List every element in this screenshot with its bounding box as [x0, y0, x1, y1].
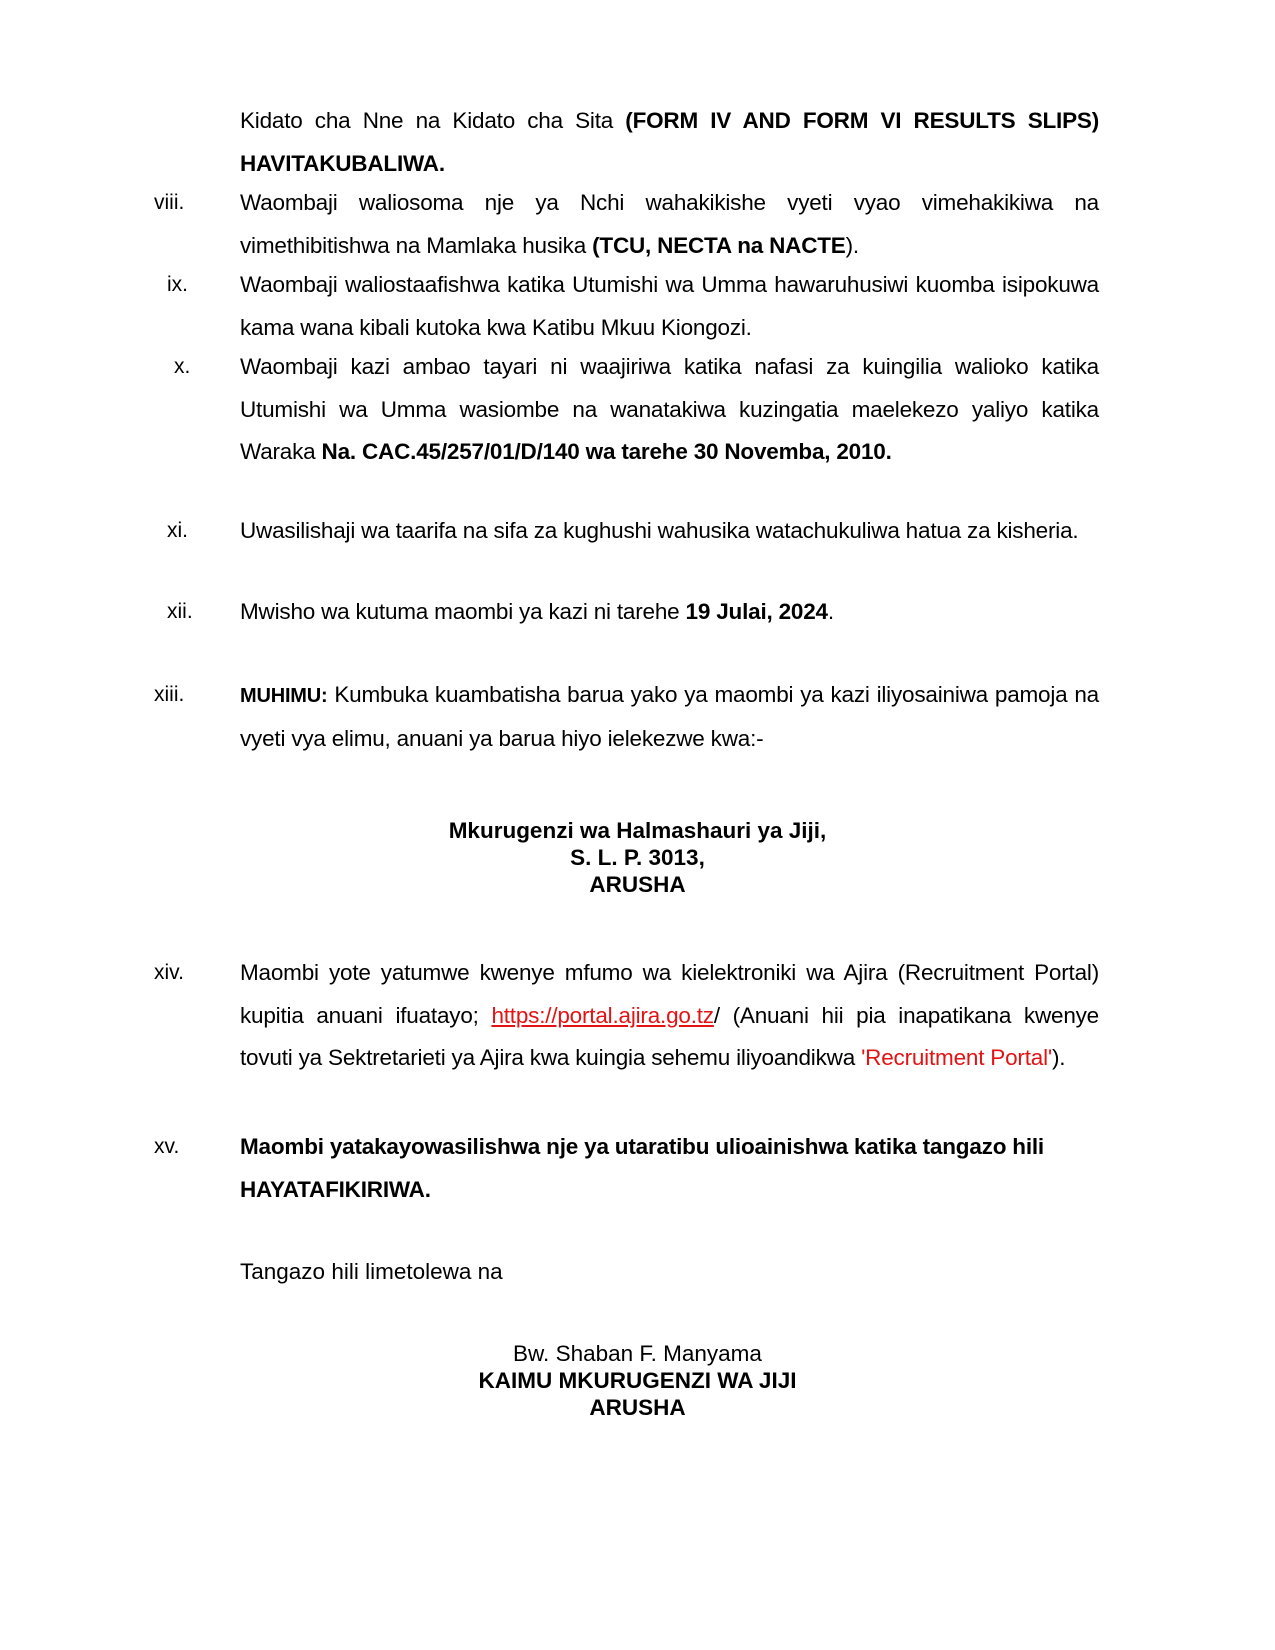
item-numeral: xii. — [167, 591, 193, 633]
address-line-3: ARUSHA — [0, 871, 1275, 898]
important-label: MUHIMU: — [240, 685, 327, 707]
item-numeral: xv. — [154, 1126, 179, 1168]
signatory-title: KAIMU MKURUGENZI WA JIJI — [0, 1367, 1275, 1394]
recruitment-portal-label: 'Recruitment Portal' — [861, 1045, 1052, 1070]
list-item-ix: Waombaji waliostaafishwa katika Utumishi… — [240, 264, 1099, 349]
ajira-portal-link[interactable]: https://portal.ajira.go.tz — [491, 1003, 713, 1028]
continuation-paragraph: Kidato cha Nne na Kidato cha Sita (FORM … — [240, 100, 1099, 185]
list-item-xii: Mwisho wa kutuma maombi ya kazi ni tareh… — [240, 591, 1099, 634]
item-numeral: ix. — [167, 264, 188, 306]
item-numeral: xiv. — [154, 952, 184, 994]
document-page: Kidato cha Nne na Kidato cha Sita (FORM … — [0, 0, 1275, 1650]
address-line-1: Mkurugenzi wa Halmashauri ya Jiji, — [0, 817, 1275, 844]
list-item-xv: Maombi yatakayowasilishwa nje ya utarati… — [240, 1126, 1099, 1211]
list-item-viii: Waombaji waliosoma nje ya Nchi wahakikis… — [240, 182, 1099, 267]
list-item-xi: Uwasilishaji wa taarifa na sifa za kughu… — [240, 510, 1099, 553]
address-line-2: S. L. P. 3013, — [0, 844, 1275, 871]
item-numeral: xiii. — [154, 674, 184, 716]
list-item-xiv: Maombi yote yatumwe kwenye mfumo wa kiel… — [240, 952, 1099, 1080]
signatory-city: ARUSHA — [0, 1394, 1275, 1421]
item-numeral: xi. — [167, 510, 188, 552]
item-numeral: x. — [174, 346, 190, 388]
item-numeral: viii. — [154, 182, 184, 224]
list-item-x: Waombaji kazi ambao tayari ni waajiriwa … — [240, 346, 1099, 474]
list-item-xiii: MUHIMU: Kumbuka kuambatisha barua yako y… — [240, 674, 1099, 760]
address-block: Mkurugenzi wa Halmashauri ya Jiji, S. L.… — [0, 817, 1275, 898]
signatory-name: Bw. Shaban F. Manyama — [0, 1340, 1275, 1367]
signature-block: Bw. Shaban F. Manyama KAIMU MKURUGENZI W… — [0, 1340, 1275, 1421]
issued-by-text: Tangazo hili limetolewa na — [240, 1257, 503, 1287]
